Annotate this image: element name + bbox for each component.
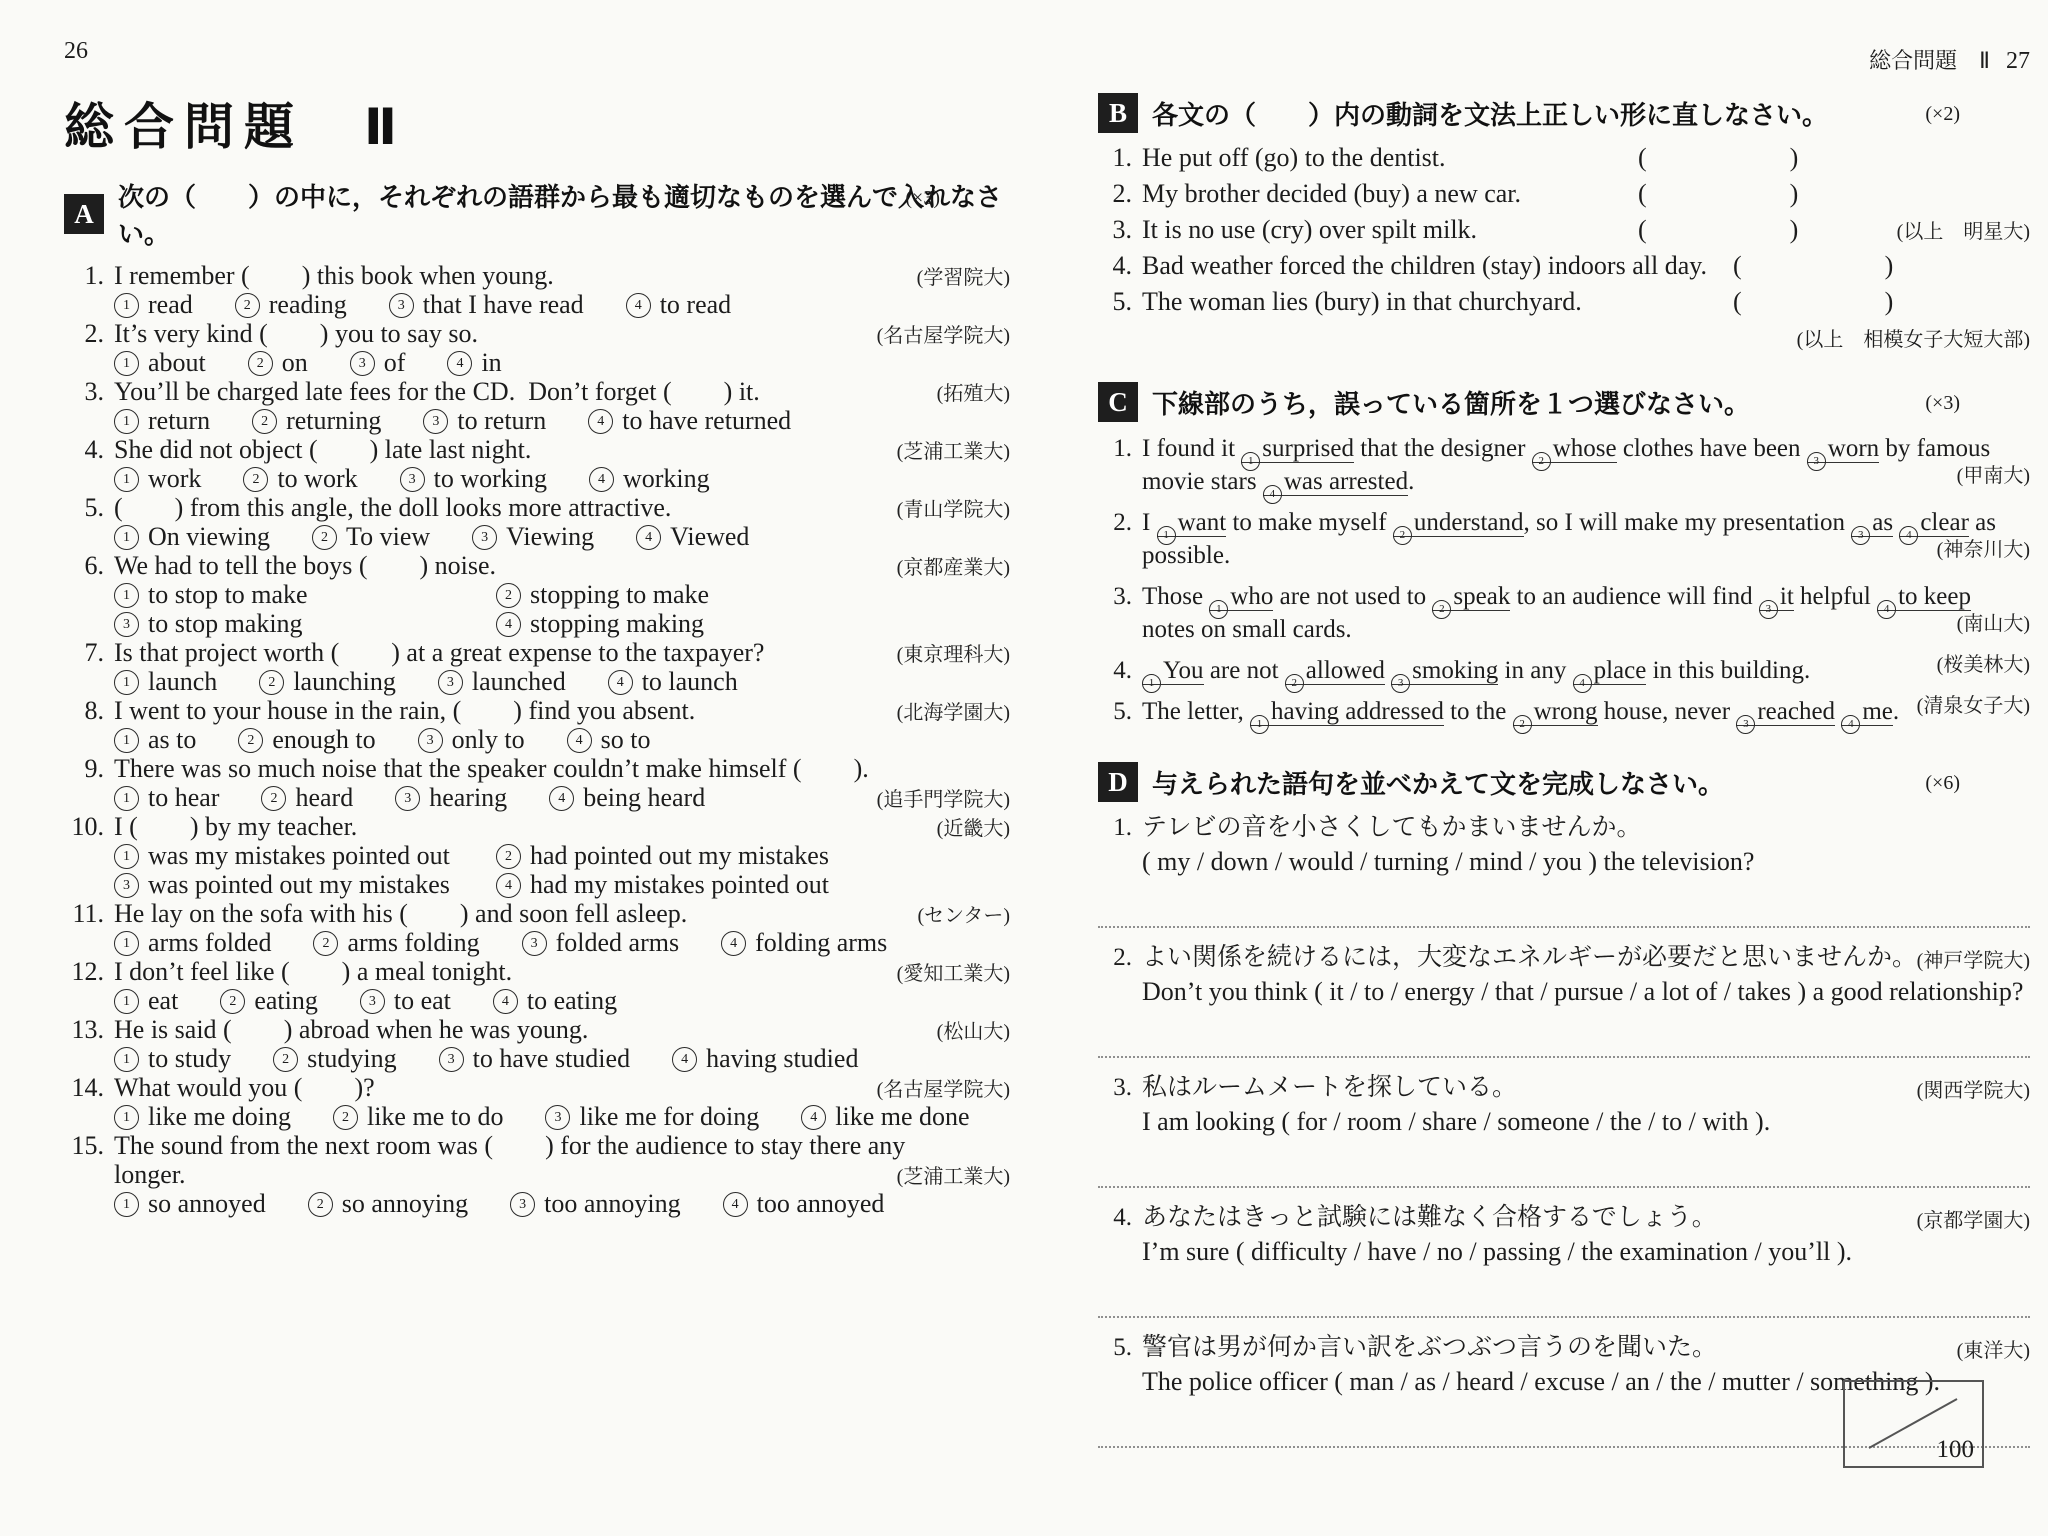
question-number: 12. [64,957,104,986]
choice-number-icon: 4 [493,989,518,1014]
underlined-text: it [1780,583,1794,610]
question-sentence-line: 8.I went to your house in the rain, ( ) … [64,696,1010,725]
choice-item: 4had my mistakes pointed out [496,870,1010,899]
underlined-text: to keep [1898,583,1971,610]
english-reorder-line: I’m sure ( difficulty / have / no / pass… [1098,1234,2030,1270]
question-source: (北海学園大) [897,699,1010,728]
choice-item: 2arms folding [313,928,479,957]
choice-label: On viewing [148,522,270,551]
choice-label: to launch [642,667,738,696]
underlined-segment: 2speak [1432,583,1510,611]
question-number: 2. [1098,942,1132,974]
choice-label: read [148,290,193,319]
question-number: 2. [1098,179,1132,208]
question-number: 2. [1098,506,1132,539]
verb-form-item: 2.My brother decided (buy) a new car.( ) [1098,179,2030,208]
underlined-text: who [1230,583,1273,610]
choice-label: was my mistakes pointed out [148,841,450,870]
choice-label: to stop making [148,609,303,638]
choice-label: about [148,348,206,377]
segment-number-icon: 3 [1807,452,1826,471]
error-identification-item: 1.I found it 1surprised that the designe… [1098,432,2030,498]
choice-number-icon: 2 [273,1047,298,1072]
choice-number-icon: 4 [447,351,472,376]
choice-item: 3to have studied [439,1044,630,1073]
choice-label: hearing [429,783,507,812]
error-identification-item: 2.I 1want to make myself 2understand, so… [1098,506,2030,572]
question-sentence-line: 11.He lay on the sofa with his ( ) and s… [64,899,1010,928]
text-segment: I [1142,509,1157,536]
choices-row: 1to hear2heard3hearing4being heard(追手門学院… [64,783,1010,812]
choice-number-icon: 3 [389,293,414,318]
segment-number-icon: 4 [1573,674,1592,693]
question-text: The sound from the next room was ( ) for… [114,1131,905,1160]
choice-label: to return [457,406,546,435]
question-item: 1.I remember ( ) this book when young.(学… [64,261,1010,319]
choice-item: 1as to [114,725,196,754]
underlined-text: clear [1920,509,1969,536]
underlined-text: worn [1828,435,1879,462]
section-c-instruction: 下線部のうち，誤っている箇所を１つ選びなさい。 [1152,384,1750,421]
choice-item: 4working [589,464,710,493]
text-segment: notes on small cards. [1142,616,1352,643]
question-source: (清泉女子大) [1917,690,2030,723]
question-number: 1. [1098,143,1132,172]
choice-number-icon: 1 [114,351,139,376]
choice-number-icon: 2 [312,525,337,550]
question-source: (京都産業大) [897,554,1010,583]
choice-number-icon: 4 [589,467,614,492]
choice-number-icon: 3 [510,1192,535,1217]
choice-number-icon: 3 [350,351,375,376]
japanese-prompt-line: 5.警官は男が何か言い訳をぶつぶつ言うのを聞いた。(東洋大) [1098,1332,2030,1364]
segment-number-icon: 3 [1391,674,1410,693]
choice-label: folded arms [556,928,679,957]
choice-number-icon: 1 [114,786,139,811]
segment-number-icon: 1 [1250,715,1269,734]
question-text: The letter, 1having addressed to the 2wr… [1142,698,1899,726]
reorder-item: 4.あなたはきっと試験には難なく合格するでしょう。(京都学園大)I’m sure… [1098,1202,2030,1318]
section-d-header: D 与えられた語句を並べかえて文を完成しなさい。 (×6) [1098,762,2030,802]
choice-label: to eat [394,986,451,1015]
underlined-segment: 2allowed [1285,657,1385,685]
question-source: (センター) [917,902,1010,931]
choice-item: 4to eating [493,986,617,1015]
choice-label: too annoying [544,1189,681,1218]
underlined-segment: 4me [1841,698,1893,726]
right-page-header: 総合問題 Ⅱ 27 [1098,30,2030,75]
choice-label: so to [601,725,651,754]
error-identification-item: 4.1You are not 2allowed 3smoking in any … [1098,654,2030,687]
text-segment: to the [1444,698,1513,725]
choice-item: 4so to [567,725,651,754]
section-a-multiplier: (×3) [905,187,940,210]
underlined-text: understand [1414,509,1524,536]
verb-form-item: 3.It is no use (cry) over spilt milk.( )… [1098,215,2030,244]
section-d-instruction: 与えられた語句を並べかえて文を完成しなさい。 [1152,764,1724,801]
choice-number-icon: 4 [721,931,746,956]
choice-number-icon: 2 [308,1192,333,1217]
question-item: 10.I ( ) by my teacher.(近畿大)1was my mist… [64,812,1010,899]
choice-label: launch [148,667,217,696]
choice-label: arms folding [347,928,479,957]
question-number: 4. [1098,654,1132,687]
underlined-segment: 4was arrested [1263,468,1408,496]
choice-item: 4Viewed [636,522,749,551]
question-number: 6. [64,551,104,580]
underlined-segment: 3reached [1736,698,1835,726]
question-number: 1. [64,261,104,290]
question-text: Those 1who are not used to 2speak to an … [1142,583,1971,643]
underlined-text: want [1178,509,1227,536]
choice-label: eat [148,986,178,1015]
choice-number-icon: 1 [114,293,139,318]
choice-number-icon: 2 [261,786,286,811]
choice-number-icon: 1 [114,989,139,1014]
choice-item: 1about [114,348,206,377]
choice-number-icon: 3 [439,1047,464,1072]
japanese-prompt-line: 3.私はルームメートを探している。(関西学院大) [1098,1072,2030,1104]
reorder-item: 1.テレビの音を小さくしてもかまいませんか。( my / down / woul… [1098,812,2030,928]
english-text: The police officer ( man / as / heard / … [1142,1367,1940,1396]
question-source: (以上 明星大) [1897,218,2030,247]
question-number: 3. [1098,580,1132,613]
segment-number-icon: 2 [1532,452,1551,471]
question-sentence-line: 10.I ( ) by my teacher.(近畿大) [64,812,1010,841]
choices-row: 1read2reading3that I have read4to read [64,290,1010,319]
choice-label: too annoyed [757,1189,885,1218]
underlined-segment: 3as [1851,509,1893,537]
choice-label: to working [434,464,547,493]
choice-item: 3of [350,348,406,377]
section-b-trailing-source: (以上 相模女子大短大部) [1098,323,2030,352]
question-source: (追手門学院大) [877,786,1010,815]
choice-number-icon: 2 [496,583,521,608]
choice-item: 4stopping making [496,609,1010,638]
choice-item: 4having studied [672,1044,858,1073]
text-segment: are not [1204,657,1285,684]
choices-row: 1eat2eating3to eat4to eating [64,986,1010,1015]
choices-row: 1to stop to make2stopping to make3to sto… [64,580,1010,638]
question-source: (京都学園大) [1917,1205,2030,1237]
choice-label: so annoyed [148,1189,266,1218]
scanned-workbook-spread: { "left": { "page_number": "26", "title"… [0,0,2048,1536]
choice-item: 3to return [423,406,546,435]
question-sentence-line: 4.She did not object ( ) late last night… [64,435,1010,464]
choice-number-icon: 3 [438,670,463,695]
answer-blank: ( ) [1638,179,1798,208]
text-segment: . [1893,698,1899,725]
choice-item: 4like me done [801,1102,969,1131]
question-source: (松山大) [937,1018,1010,1047]
section-a-badge: A [64,194,104,234]
choice-item: 3only to [418,725,525,754]
answer-blank: ( ) [1638,143,1798,172]
underlined-segment: 4place [1573,657,1647,685]
choice-number-icon: 4 [567,728,592,753]
segment-number-icon: 4 [1899,526,1918,545]
choice-number-icon: 4 [496,612,521,637]
question-number: 5. [1098,695,1132,728]
choice-item: 4to launch [608,667,738,696]
question-source: (南山大) [1957,608,2030,641]
japanese-prompt-line: 1.テレビの音を小さくしてもかまいませんか。 [1098,812,2030,844]
answer-dotted-line [1098,1056,2030,1058]
segment-number-icon: 3 [1851,526,1870,545]
choice-item: 2so annoying [308,1189,468,1218]
question-text: He put off (go) to the dentist. [1142,143,1446,172]
question-sentence-line: 1.I remember ( ) this book when young.(学… [64,261,1010,290]
question-item: 7.Is that project worth ( ) at a great e… [64,638,1010,696]
answer-dotted-line [1098,1316,2030,1318]
question-text: He lay on the sofa with his ( ) and soon… [114,899,687,928]
choice-label: working [623,464,710,493]
question-source: (神奈川大) [1937,534,2030,567]
text-segment: clothes have been [1617,435,1807,462]
english-text: Don’t you think ( it / to / energy / tha… [1142,977,2023,1006]
right-page-number: 27 [2006,48,2030,75]
segment-number-icon: 1 [1157,526,1176,545]
question-text: ( ) from this angle, the doll looks more… [114,493,671,522]
answer-dotted-line [1098,1186,2030,1188]
choices-row: 1launch2launching3launched4to launch [64,667,1010,696]
choice-item: 3hearing [395,783,507,812]
choice-label: Viewed [670,522,749,551]
choice-item: 3folded arms [522,928,679,957]
section-d-badge: D [1098,762,1138,802]
choice-label: on [282,348,308,377]
question-number: 11. [64,899,104,928]
answer-blank: ( ) [1638,215,1798,244]
reorder-item: 3.私はルームメートを探している。(関西学院大)I am looking ( f… [1098,1072,2030,1188]
segment-number-icon: 2 [1513,715,1532,734]
segment-number-icon: 2 [1393,526,1412,545]
text-segment: Those [1142,583,1209,610]
choice-item: 1read [114,290,193,319]
text-segment: . [1408,468,1414,495]
underlined-segment: 1who [1209,583,1273,611]
question-source: (近畿大) [937,815,1010,844]
text-segment: in any [1498,657,1572,684]
choices-row: 1On viewing2To view3Viewing4Viewed [64,522,1010,551]
choice-item: 2launching [259,667,396,696]
choice-number-icon: 4 [588,409,613,434]
choice-label: had pointed out my mistakes [530,841,829,870]
japanese-prompt: 私はルームメートを探している。 [1142,1074,1517,1101]
question-item: 13.He is said ( ) abroad when he was you… [64,1015,1010,1073]
choice-item: 1was my mistakes pointed out [114,841,454,870]
question-text: Is that project worth ( ) at a great exp… [114,638,764,667]
question-sentence-line: 2.It’s very kind ( ) you to say so.(名古屋学… [64,319,1010,348]
underlined-text: You [1163,657,1204,684]
underlined-text: as [1872,509,1893,536]
text-segment: to make myself [1226,509,1393,536]
question-number: 5. [64,493,104,522]
choice-label: returning [286,406,381,435]
choice-number-icon: 4 [672,1047,697,1072]
section-a-questions: 1.I remember ( ) this book when young.(学… [64,261,1010,1218]
choice-label: was pointed out my mistakes [148,870,450,899]
text-segment: to an audience will find [1510,583,1759,610]
verb-form-item: 4.Bad weather forced the children (stay)… [1098,251,2030,280]
japanese-prompt: 警官は男が何か言い訳をぶつぶつ言うのを聞いた。 [1142,1334,1717,1361]
choice-label: to eating [527,986,617,1015]
choice-item: 2returning [252,406,381,435]
choice-number-icon: 3 [522,931,547,956]
question-text: I remember ( ) this book when young. [114,261,554,290]
verb-form-item: 5.The woman lies (bury) in that churchya… [1098,287,2030,316]
choice-label: to work [277,464,357,493]
underlined-segment: 1having addressed [1250,698,1444,726]
question-source: (東京理科大) [897,641,1010,670]
reorder-item: 2.よい関係を続けるには，大変なエネルギーが必要だと思いませんか。(神戸学院大)… [1098,942,2030,1058]
choice-item: 2stopping to make [496,580,1010,609]
question-number: 3. [64,377,104,406]
choice-number-icon: 3 [418,728,443,753]
choice-number-icon: 3 [360,989,385,1014]
header-title: 総合問題 Ⅱ [1869,44,1990,75]
question-text: I don’t feel like ( ) a meal tonight. [114,957,512,986]
choice-label: heard [295,783,353,812]
choice-label: as to [148,725,196,754]
choice-item: 2eating [220,986,318,1015]
underlined-text: speak [1453,583,1510,610]
choice-number-icon: 2 [243,467,268,492]
choice-label: to hear [148,783,219,812]
choices-row: 1return2returning3to return4to have retu… [64,406,1010,435]
question-number: 1. [1098,812,1132,844]
section-b-instruction: 各文の（ ）内の動詞を文法上正しい形に直しなさい。 [1152,95,1828,132]
question-number: 3. [1098,215,1132,244]
answer-blank: ( ) [1733,251,1893,280]
choice-label: launched [472,667,566,696]
question-item: 8.I went to your house in the rain, ( ) … [64,696,1010,754]
section-d-multiplier: (×6) [1925,772,1960,795]
question-sentence-line: 15.The sound from the next room was ( ) … [64,1131,1010,1160]
question-sentence-line: 9.There was so much noise that the speak… [64,754,1010,783]
question-text: The woman lies (bury) in that churchyard… [1142,287,1582,316]
question-source: (学習院大) [917,264,1010,293]
choice-number-icon: 4 [608,670,633,695]
choice-item: 2to work [243,464,357,493]
choice-item: 3to eat [360,986,451,1015]
choice-number-icon: 1 [114,1047,139,1072]
choice-number-icon: 2 [235,293,260,318]
choice-number-icon: 4 [626,293,651,318]
question-text: I found it 1surprised that the designer … [1142,435,1990,496]
choice-item: 2To view [312,522,430,551]
question-text: There was so much noise that the speaker… [114,754,869,783]
underlined-text: surprised [1262,435,1354,462]
choice-number-icon: 3 [545,1105,570,1130]
choice-label: folding arms [755,928,887,957]
choice-item: 1work [114,464,201,493]
choice-item: 1like me doing [114,1102,291,1131]
japanese-prompt: よい関係を続けるには，大変なエネルギーが必要だと思いませんか。 [1142,944,1917,971]
underlined-text: was arrested [1284,468,1408,495]
choices-row: 1so annoyed2so annoying3too annoying4too… [64,1189,1010,1218]
choice-number-icon: 1 [114,670,139,695]
choice-item: 1launch [114,667,217,696]
japanese-prompt-line: 2.よい関係を続けるには，大変なエネルギーが必要だと思いませんか。(神戸学院大) [1098,942,2030,974]
choice-label: To view [346,522,430,551]
choice-item: 3was pointed out my mistakes [114,870,454,899]
choice-item: 3launched [438,667,566,696]
question-sentence-line: 5.( ) from this angle, the doll looks mo… [64,493,1010,522]
question-source: (芝浦工業大) [897,1163,1010,1192]
choice-item: 4too annoyed [723,1189,885,1218]
question-sentence-line: 7.Is that project worth ( ) at a great e… [64,638,1010,667]
question-number: 3. [1098,1072,1132,1104]
question-number: 2. [64,319,104,348]
right-page: 総合問題 Ⅱ 27 B 各文の（ ）内の動詞を文法上正しい形に直しなさい。 (×… [1098,30,2030,1462]
question-number: 4. [64,435,104,464]
choice-label: stopping to make [530,580,709,609]
choice-item: 1eat [114,986,178,1015]
question-source: (桜美林大) [1937,649,2030,682]
question-item: 5.( ) from this angle, the doll looks mo… [64,493,1010,551]
question-number: 1. [1098,432,1132,465]
choice-number-icon: 3 [423,409,448,434]
choice-number-icon: 1 [114,844,139,869]
choice-item: 3Viewing [472,522,594,551]
question-number: 8. [64,696,104,725]
segment-number-icon: 4 [1877,600,1896,619]
japanese-prompt-line: 4.あなたはきっと試験には難なく合格するでしょう。(京都学園大) [1098,1202,2030,1234]
choice-number-icon: 1 [114,1105,139,1130]
error-identification-item: 3.Those 1who are not used to 2speak to a… [1098,580,2030,646]
japanese-prompt: あなたはきっと試験には難なく合格するでしょう。 [1142,1204,1717,1231]
question-number: 9. [64,754,104,783]
text-segment: house, never [1598,698,1737,725]
choice-number-icon: 2 [248,351,273,376]
question-text: Bad weather forced the children (stay) i… [1142,251,1707,280]
choice-number-icon: 2 [333,1105,358,1130]
choice-number-icon: 2 [259,670,284,695]
underlined-text: having addressed [1271,698,1444,725]
underlined-text: wrong [1534,698,1598,725]
question-source: (東洋大) [1957,1335,2030,1367]
question-item: 4.She did not object ( ) late last night… [64,435,1010,493]
segment-number-icon: 2 [1285,674,1304,693]
choice-number-icon: 1 [114,467,139,492]
left-page-number: 26 [64,30,1010,65]
choice-label: stopping making [530,609,704,638]
choice-label: like me done [835,1102,969,1131]
score-max-value: 100 [1937,1436,1975,1464]
answer-dotted-line [1098,926,2030,928]
choice-label: having studied [706,1044,858,1073]
choice-number-icon: 1 [114,525,139,550]
text-segment: , so I will make my presentation [1524,509,1852,536]
underlined-segment: 4clear [1899,509,1969,537]
question-number: 14. [64,1073,104,1102]
question-text: I went to your house in the rain, ( ) fi… [114,696,695,725]
choice-item: 1On viewing [114,522,270,551]
question-text: I 1want to make myself 2understand, so I… [1142,509,1996,569]
choice-label: like me to do [367,1102,503,1131]
segment-number-icon: 3 [1736,715,1755,734]
question-item: 11.He lay on the sofa with his ( ) and s… [64,899,1010,957]
segment-number-icon: 4 [1263,485,1282,504]
question-source: (名古屋学院大) [877,1076,1010,1105]
question-text: What would you ( )? [114,1073,375,1102]
underlined-segment: 4to keep [1877,583,1971,611]
choice-item: 4to read [626,290,731,319]
choice-label: eating [254,986,318,1015]
question-item: 2.It’s very kind ( ) you to say so.(名古屋学… [64,319,1010,377]
choice-label: to stop to make [148,580,308,609]
